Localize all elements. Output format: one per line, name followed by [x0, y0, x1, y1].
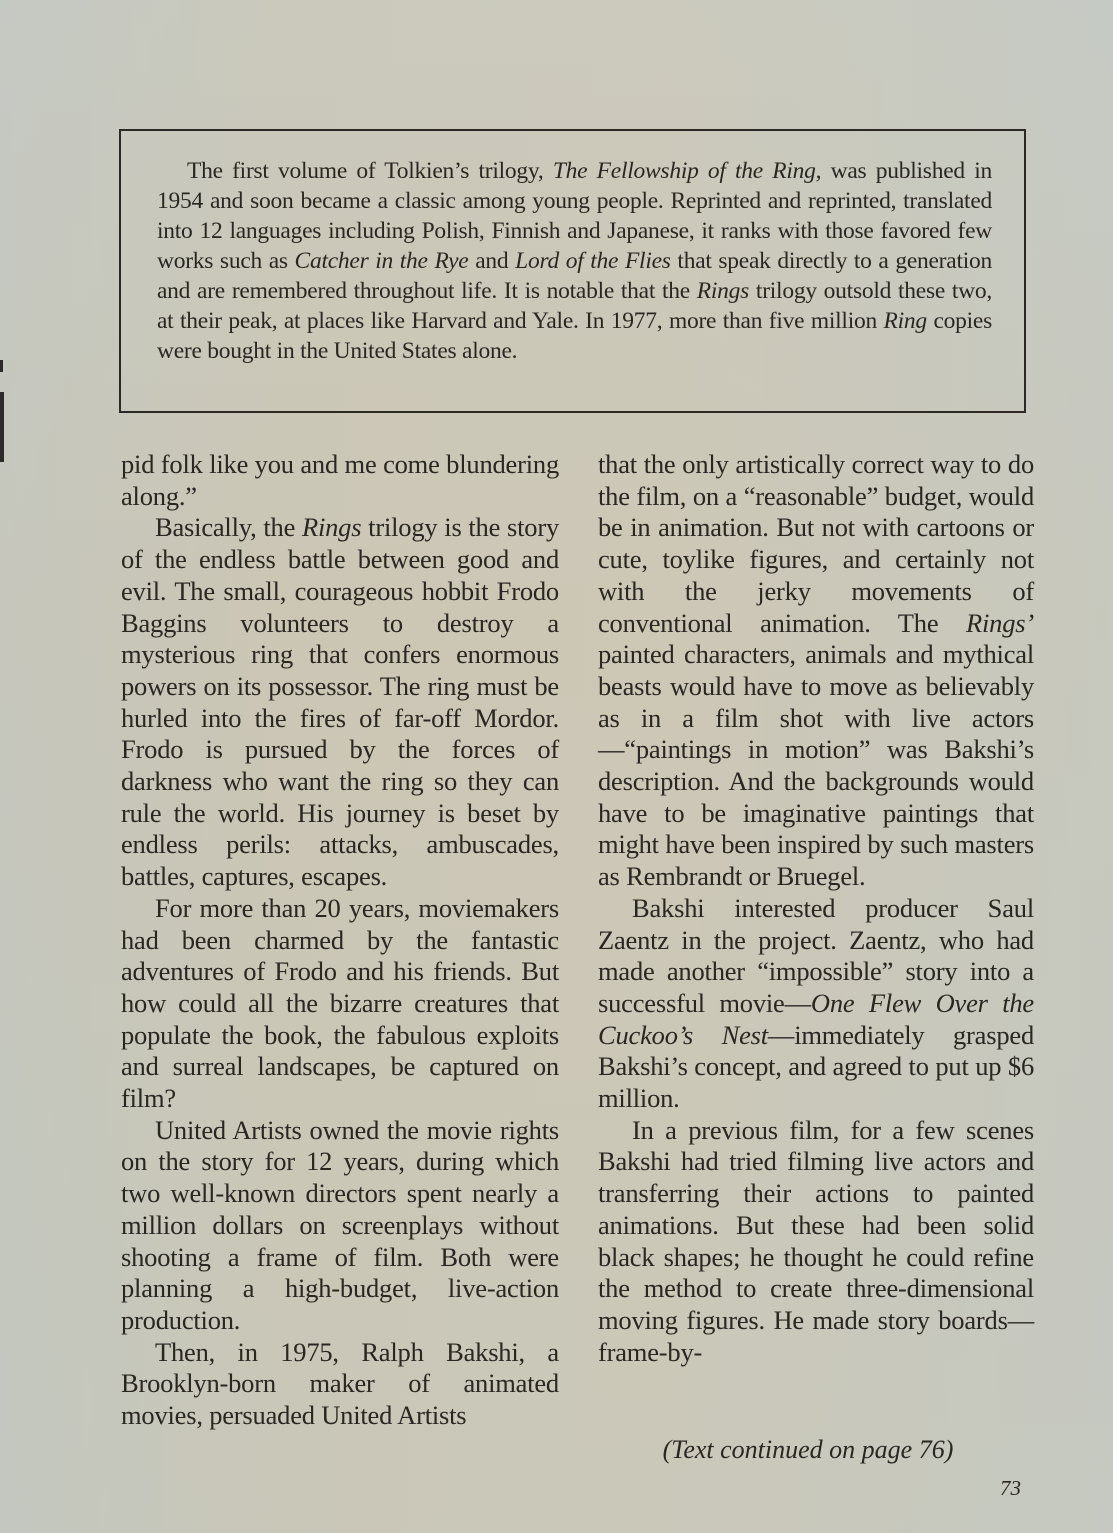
italic-title: Catcher in the Rye: [295, 248, 469, 274]
text-run: In a previous film, for a few scenes Bak…: [598, 1115, 1034, 1367]
italic-title: Rings: [697, 278, 749, 304]
text-run: and: [469, 248, 516, 274]
page-edge-mark: [0, 392, 4, 462]
text-run: The first volume of Tolkien’s trilogy,: [187, 158, 553, 184]
text-run: For more than 20 years, movie­makers had…: [121, 893, 559, 1113]
body-paragraph: United Artists owned the movie rights on…: [121, 1115, 559, 1337]
sidebar-paragraph: The first volume of Tolkien’s trilogy, T…: [157, 156, 992, 366]
body-paragraph: In a previous film, for a few scenes Bak…: [598, 1115, 1034, 1369]
italic-title: Lord of the Flies: [515, 248, 671, 274]
left-column: pid folk like you and me come blundering…: [121, 449, 559, 1432]
italic-title: Rings: [302, 512, 361, 542]
italic-title: The Fellowship of the Ring,: [553, 158, 821, 184]
italic-title: Rings’: [966, 608, 1034, 638]
body-paragraph: Basically, the Rings trilogy is the stor…: [121, 512, 559, 892]
page-number: 73: [1000, 1476, 1021, 1501]
text-run: United Artists owned the movie rights on…: [121, 1115, 559, 1335]
body-paragraph: Bakshi interested producer Saul Zaentz i…: [598, 893, 1034, 1115]
body-paragraph: pid folk like you and me come blundering…: [121, 449, 559, 512]
body-paragraph: Then, in 1975, Ralph Bakshi, a Brooklyn-…: [121, 1337, 559, 1432]
italic-title: Ring: [884, 308, 927, 334]
right-column: that the only artistically correct way t…: [598, 449, 1034, 1432]
article-body: pid folk like you and me come blundering…: [121, 449, 1031, 1432]
body-paragraph: that the only artistically correct way t…: [598, 449, 1034, 893]
continuation-note: (Text continued on page 76): [590, 1434, 1026, 1466]
page-edge-mark: [0, 360, 3, 372]
text-run: Then, in 1975, Ralph Bakshi, a Brooklyn-…: [121, 1337, 559, 1430]
text-run: trilogy is the story of the endless batt…: [121, 512, 559, 891]
body-paragraph: For more than 20 years, movie­makers had…: [121, 893, 559, 1115]
text-run: Basically, the: [155, 512, 302, 542]
sidebar-boxed-note: The first volume of Tolkien’s trilogy, T…: [119, 129, 1026, 413]
text-run: painted char­acters, animals and mythica…: [598, 639, 1034, 891]
text-run: pid folk like you and me come blundering…: [121, 449, 559, 511]
